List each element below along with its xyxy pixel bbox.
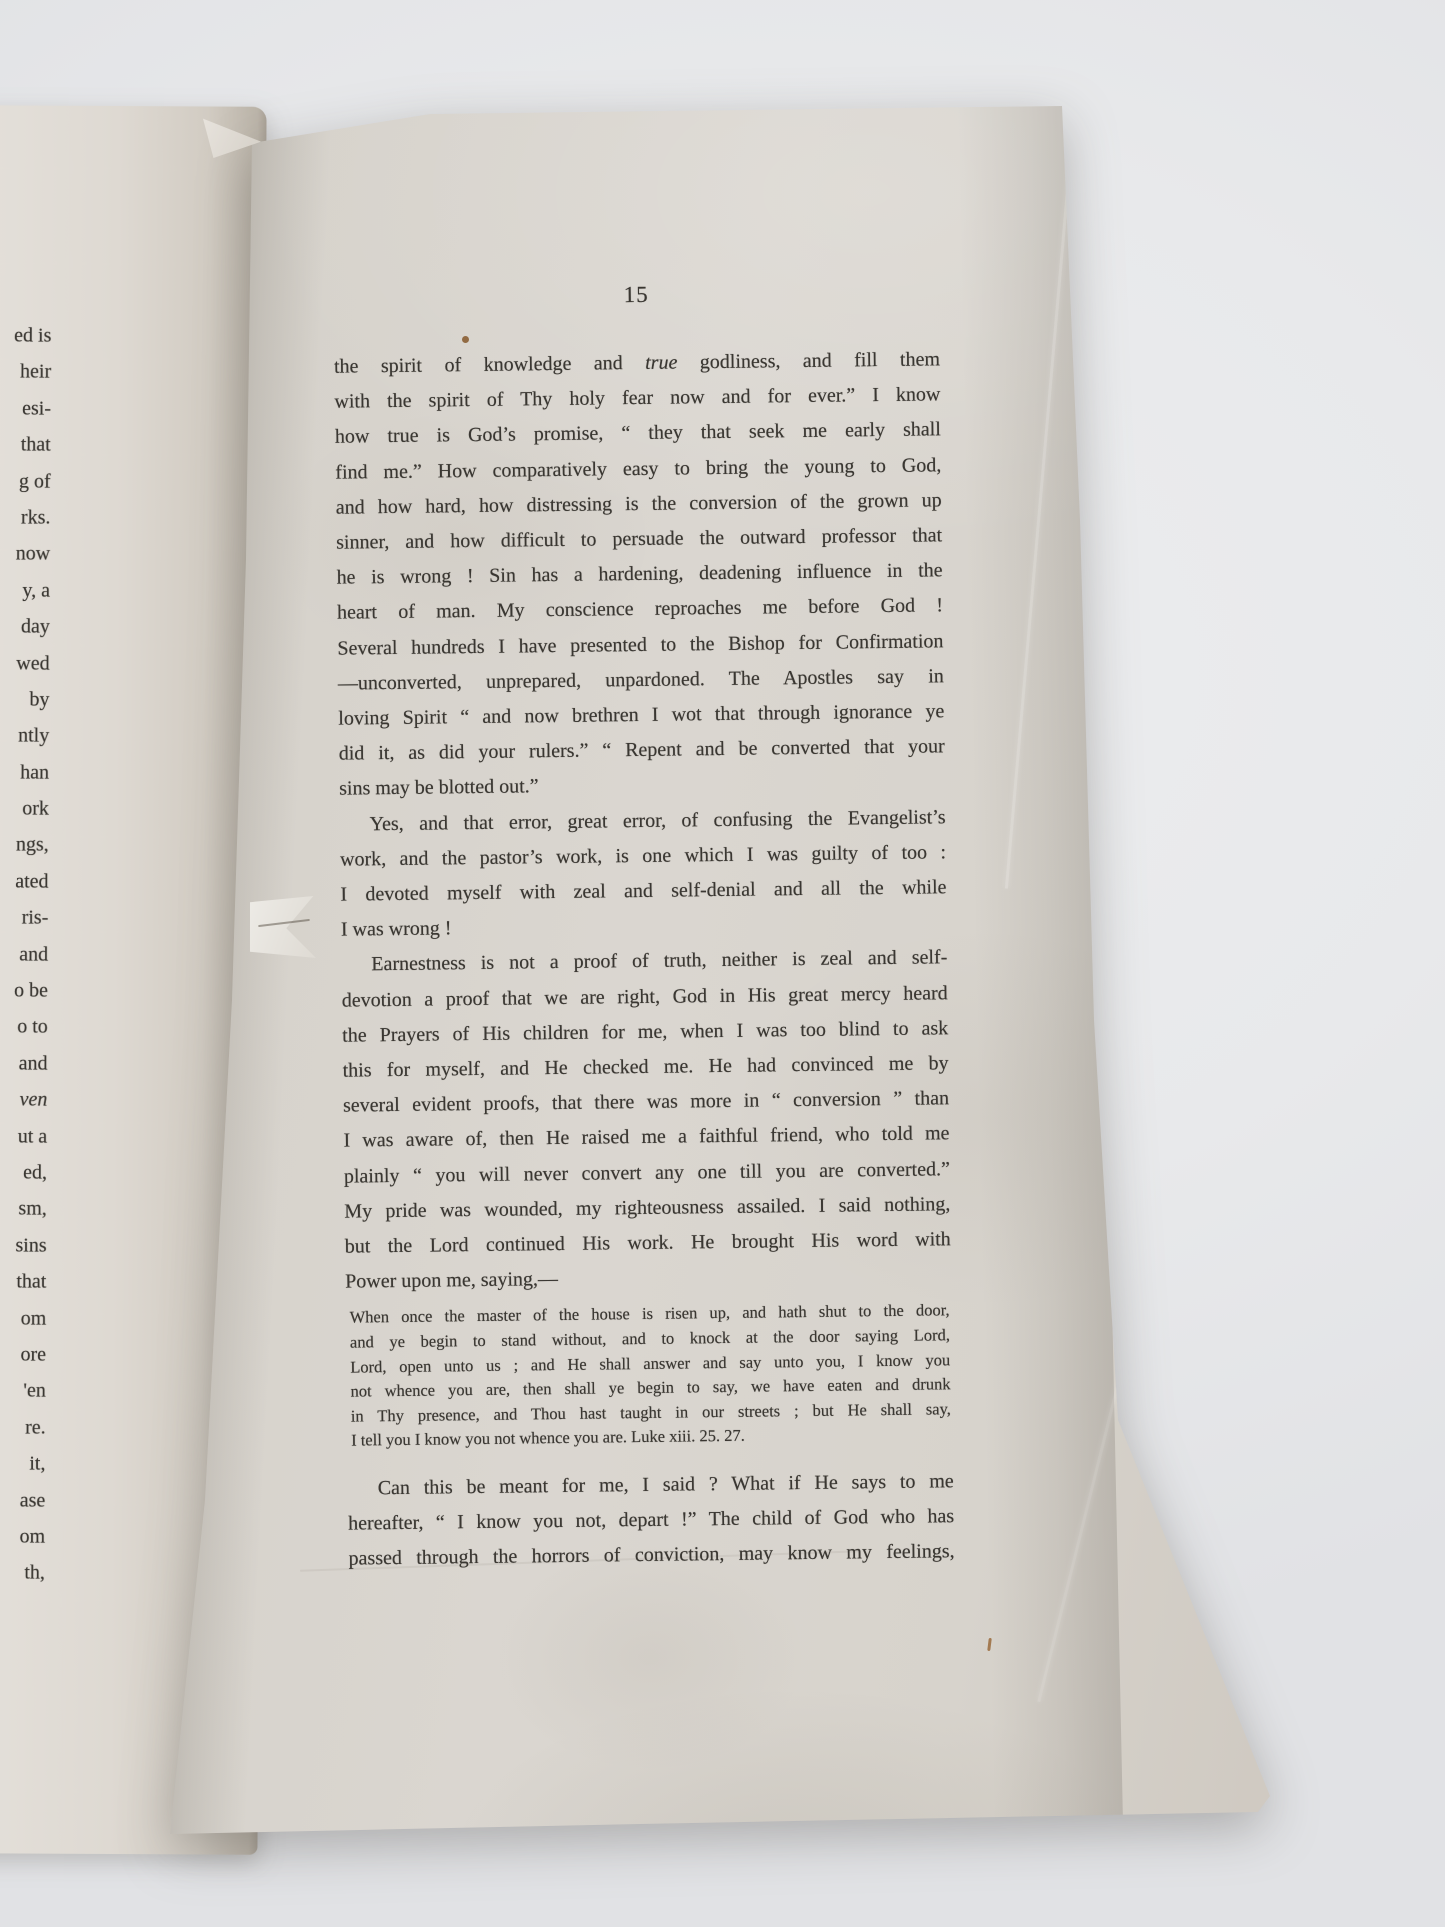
block-quote: When once the master of the house is ris… (350, 1299, 952, 1454)
paragraph: the spirit of knowledge and true godline… (334, 342, 946, 807)
book-photo: ed isheiresi-thatg ofrks.nowy, adaywedby… (0, 0, 1445, 1927)
paragraph: Can this be meant for me, I said ? What … (348, 1464, 955, 1577)
page-text: 15the spirit of knowledge and true godli… (333, 276, 955, 1577)
text-line: passed through the horrors of conviction… (348, 1535, 954, 1578)
text-line: Power upon me, saying,— (345, 1258, 951, 1301)
paragraph: Yes, and that error, great error, of con… (339, 800, 947, 948)
page-number: 15 (333, 276, 939, 313)
paragraph: Earnestness is not a proof of truth, nei… (341, 941, 951, 1300)
